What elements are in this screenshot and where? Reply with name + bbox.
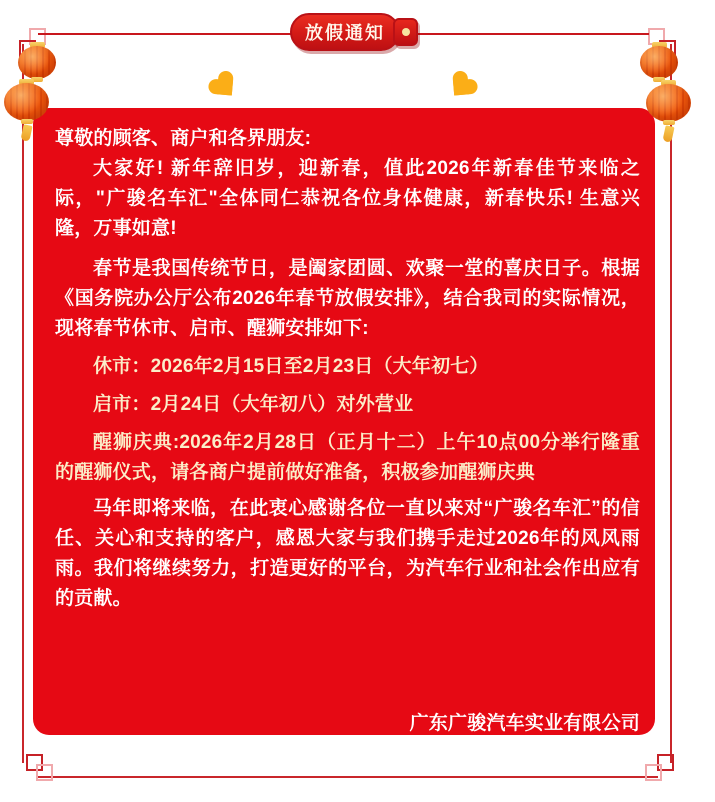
- notice-badge-body: 放假通知: [290, 13, 400, 51]
- lantern-icon: [640, 42, 678, 82]
- heart-leaf-icon: [441, 68, 481, 108]
- notice-card: 尊敬的顾客、商户和各界朋友: 大家好! 新年辞旧岁，迎新春，值此2026年新春佳…: [33, 108, 655, 735]
- lantern-icon: [4, 79, 49, 141]
- reopen-schedule-line: 启市：2月24日（大年初八）对外营业: [55, 390, 640, 420]
- frame-line-left: [22, 44, 24, 763]
- frame-line-right: [670, 44, 672, 763]
- notice-badge-label: 放假通知: [305, 19, 385, 45]
- lantern-tassel: [20, 124, 32, 142]
- greeting-paragraph: 大家好! 新年辞旧岁，迎新春，值此2026年新春佳节来临之际，"广骏名车汇"全体…: [55, 154, 640, 244]
- notice-badge-tab: [393, 18, 418, 46]
- signature-company: 广东广骏汽车实业有限公司: [55, 706, 640, 735]
- corner-square-decor: [36, 764, 53, 781]
- intro-paragraph: 春节是我国传统节日，是阖家团圆、欢聚一堂的喜庆日子。根据《国务院办公厅公布202…: [55, 254, 640, 344]
- lantern-icon: [18, 42, 56, 82]
- frame-line-bottom: [38, 776, 658, 778]
- holiday-notice-poster: 放假通知 尊敬的顾客、商户和各界朋友: 大家好! 新年辞旧岁，迎新春，值此202…: [0, 0, 715, 802]
- thanks-paragraph: 马年即将来临，在此衷心感谢各位一直以来对“广骏名车汇”的信任、关心和支持的客户，…: [55, 494, 640, 614]
- heart-leaf-icon: [205, 68, 245, 108]
- signature-block: 广东广骏汽车实业有限公司 2026年2月14日: [55, 706, 640, 735]
- lantern-tassel: [662, 125, 674, 143]
- closed-schedule-line: 休市：2026年2月15日至2月23日（大年初七）: [55, 352, 640, 382]
- salutation-text: 尊敬的顾客、商户和各界朋友:: [55, 124, 640, 154]
- lion-dance-schedule-line: 醒狮庆典:2026年2月28日（正月十二）上午10点00分举行隆重的醒狮仪式，请…: [55, 428, 640, 488]
- notice-badge: 放假通知: [290, 13, 418, 51]
- badge-dot: [402, 28, 410, 36]
- corner-square-decor: [645, 764, 662, 781]
- lantern-icon: [646, 80, 691, 142]
